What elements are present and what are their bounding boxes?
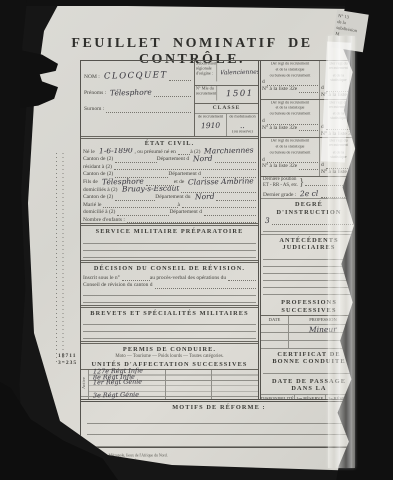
prenoms-line <box>154 91 191 97</box>
block-title: ou bureau de recrutement <box>268 74 313 79</box>
line <box>204 210 256 216</box>
prenoms-value: Télesphore <box>108 88 154 97</box>
departement-label: Département du <box>155 194 192 201</box>
matricule-cell: N° Mle du recrutement 1501 <box>195 86 258 104</box>
line <box>117 210 169 216</box>
departement-label: Département d <box>169 209 204 216</box>
blank-cell <box>261 341 288 349</box>
classe-header: CLASSE <box>195 104 258 114</box>
line <box>182 202 256 208</box>
liste-label: N° à la liste 32e <box>262 163 299 170</box>
nom-row: NOM : CLOCQUET <box>84 65 191 81</box>
blank-line <box>87 440 351 447</box>
matricule-value: 1501 <box>224 89 256 100</box>
identity-boxes: Subdivision régionale d'origine : Valenc… <box>194 61 258 136</box>
subdivision-value: Valenciennes <box>221 69 258 77</box>
blank-line <box>87 417 351 424</box>
block-title: ou bureau de recrutement <box>268 112 313 117</box>
unit-entry: 3e Régt Génie <box>91 392 141 399</box>
unites-table: Active Réserve 127e Régt Infie 8e Régt I… <box>81 369 258 399</box>
scanned-document: FEUILLET NOMINATIF DE CONTRÔLE. NOM : CL… <box>0 0 393 480</box>
conseil-revision-section: DÉCISION DU CONSEIL DE RÉVISION. Inscrit… <box>81 263 258 303</box>
departement-value: Nord <box>191 155 215 163</box>
line <box>122 275 150 281</box>
domicilie-label: domicilié à (2) <box>83 209 117 216</box>
blank-line <box>83 332 256 339</box>
line <box>299 87 318 93</box>
conseil-canton-label: Conseil de révision du canton d <box>83 282 155 289</box>
unit-entry: 1er Régt Génie <box>91 379 144 388</box>
a-label: à (2) <box>190 149 202 156</box>
block-title: Der régt du recrutement <box>268 62 313 67</box>
etat-civil-row: Né le 1-6-1890 , ou présumé né en à (2) … <box>83 148 256 156</box>
block-title: Der régt du recrutement <box>268 139 313 144</box>
service-militaire-section: SERVICE MILITAIRE PRÉPARATOIRE <box>81 226 258 258</box>
nom-label: NOM : <box>84 74 102 81</box>
lieu-value: Marchiennes <box>202 148 256 156</box>
recrutement-subcell: Der régt du recrutement et de la statist… <box>261 61 319 99</box>
brevets-section: BREVETS ET SPÉCIALITÉS MILITAIRES <box>81 308 258 340</box>
etat-civil-row: Nombre d'enfants : <box>83 216 256 224</box>
classe-mobilisation-note: (ou réserve) <box>229 130 255 135</box>
recrutement-subcell: Der régt du recrutement et de la statist… <box>261 100 319 138</box>
blank-line <box>83 318 256 325</box>
form-left-column: NOM : CLOCQUET Prénoms : Télesphore Surn… <box>81 61 258 399</box>
line <box>127 217 256 223</box>
blank-line <box>83 237 256 244</box>
blank-line <box>83 325 256 332</box>
canton-label: Canton de (2) <box>83 156 115 163</box>
etat-civil-section: ÉTAT CIVIL. Né le 1-6-1890 , ou présumé … <box>81 139 258 223</box>
domicile-value: Bruay-s-Escaut <box>119 186 181 194</box>
margin-stamp-1: 18711 <box>58 353 77 360</box>
classe-cell: CLASSE de recrutement 1910 de mobilisati… <box>195 104 258 136</box>
classe-recrutement-value: 1910 <box>199 120 222 129</box>
domicilies-label: domiciliés à (2) <box>83 187 120 194</box>
brace-glyph: } <box>298 177 305 189</box>
prenoms-label: Prénoms : <box>84 90 108 97</box>
block-title: ou bureau de recrutement <box>268 151 313 156</box>
classe-mobilisation-label: de mobilisation <box>229 115 255 120</box>
conseil-header: DÉCISION DU CONSEIL DE RÉVISION. <box>83 263 256 274</box>
permis-section: PERMIS DE CONDUIRE. Moto — Tourisme — Po… <box>81 344 258 359</box>
etat-civil-row: Canton de (2) Département d <box>83 170 256 178</box>
identity-section: NOM : CLOCQUET Prénoms : Télesphore Surn… <box>81 61 258 136</box>
ne-value: 1-6-1890 <box>97 148 135 156</box>
etat-civil-row: Fils de Télesphore et de Clarisse Ambrin… <box>83 178 256 186</box>
line <box>115 195 155 201</box>
classe-mobilisation: de mobilisation .. (ou réserve) <box>226 114 258 136</box>
residant-label: résidant à (2) <box>83 164 114 171</box>
col-date: DATE <box>261 316 288 325</box>
mere-value: Clarisse Ambrine <box>186 178 256 186</box>
motifs-reforme-section: MOTIFS DE RÉFORME : <box>81 399 356 448</box>
departement-label: Département d <box>168 171 203 178</box>
liste-label: N° à la liste 32e <box>262 125 299 132</box>
prenoms-row: Prénoms : Télesphore <box>84 81 191 97</box>
block-title: Der régt du recrutement <box>268 101 313 106</box>
surnom-label: Surnom : <box>84 106 106 113</box>
etat-civil-row: domicilié à (2) Département d <box>83 208 256 216</box>
conseil-row: Conseil de révision du canton d <box>83 281 256 289</box>
blank-line <box>83 289 256 296</box>
dernier-grade-label: Dernier grade : <box>263 192 298 199</box>
etat-civil-row: domiciliés à (2) Bruay-s-Escaut <box>83 186 256 194</box>
unites-section: UNITÉS D'AFFECTATION SUCCESSIVES Active … <box>81 360 258 399</box>
dernier-grade-value: 2e cl <box>298 189 320 198</box>
line <box>299 125 318 131</box>
fils-label: Fils de <box>83 179 100 186</box>
block-title: et de la statistique <box>268 106 313 111</box>
margin-stamps: 18711 3=235 <box>58 353 77 367</box>
proces-verbal-label: au procès-verbal des opérations du <box>150 275 228 282</box>
line <box>114 164 256 170</box>
canton-label: Canton de (2) <box>83 194 115 201</box>
subdivision-label: Subdivision régionale d'origine : <box>195 61 217 81</box>
blank-line <box>83 244 256 251</box>
nom-value: CLOCQUET <box>102 70 170 81</box>
block-title: et de la statistique <box>268 145 313 150</box>
blank-line <box>83 251 256 258</box>
liste-label: N° à la liste 32e <box>262 86 299 93</box>
pere-value: Télesphore <box>100 178 146 186</box>
enfants-label: Nombre d'enfants : <box>83 217 127 224</box>
line <box>228 275 256 281</box>
brevets-header: BREVETS ET SPÉCIALITÉS MILITAIRES <box>83 308 256 319</box>
line <box>299 164 318 170</box>
block-title: et de la statistique <box>268 68 313 73</box>
recrutement-subcell: Der régt du recrutement et de la statist… <box>261 138 319 176</box>
line <box>178 149 190 155</box>
etat-civil-row: Marié le à <box>83 201 256 209</box>
surnom-row: Surnom : <box>84 97 191 113</box>
unites-col-2 <box>165 370 211 399</box>
smp-header: SERVICE MILITAIRE PRÉPARATOIRE <box>83 226 256 237</box>
blank-cell <box>261 325 288 333</box>
classe-recrutement-label: de recrutement <box>197 115 223 120</box>
conseil-row: Inscrit sous le n° au procès-verbal des … <box>83 274 256 282</box>
surnom-line <box>106 107 191 113</box>
margin-stamp-2: 3=235 <box>58 360 77 367</box>
line <box>267 119 318 125</box>
blank-cell <box>261 333 288 341</box>
departement-value: Nord <box>192 193 216 201</box>
blank-line <box>87 428 351 435</box>
unites-side-labels: Active Réserve <box>81 370 89 399</box>
marie-label: Marié le <box>83 202 103 209</box>
etat-civil-row: résidant à (2) <box>83 163 256 171</box>
paper-sheet: FEUILLET NOMINATIF DE CONTRÔLE. NOM : CL… <box>22 3 364 471</box>
line <box>215 157 256 163</box>
canton-label: Canton de (2) <box>83 171 115 178</box>
form-frame: NOM : CLOCQUET Prénoms : Télesphore Surn… <box>80 60 356 448</box>
departement-label: Département d <box>157 156 192 163</box>
presume-label: , ou présumé né en <box>134 149 177 156</box>
active-label: Active <box>81 370 88 396</box>
nom-line <box>169 75 191 81</box>
etde-label: et de <box>174 179 187 186</box>
motifs-header: MOTIFS DE RÉFORME : <box>87 402 351 413</box>
etat-civil-row: Canton de (2) Département du Nord <box>83 193 256 201</box>
blank-line <box>83 296 256 303</box>
line <box>155 283 256 289</box>
permis-header: PERMIS DE CONDUIRE. <box>83 344 256 354</box>
etat-civil-header: ÉTAT CIVIL. <box>83 139 256 148</box>
identity-names: NOM : CLOCQUET Prénoms : Télesphore Surn… <box>81 61 194 136</box>
derniere-position-note: ET - RR - AS, etc. <box>263 183 298 189</box>
degre-value: 3 <box>263 217 272 225</box>
matricule-label: N° Mle du recrutement <box>195 86 217 101</box>
margin-dotted-leaders <box>56 153 68 363</box>
unites-col-3 <box>211 370 258 399</box>
line <box>115 157 156 163</box>
classe-recrutement: de recrutement 1910 <box>195 114 226 136</box>
scan-edge-top <box>0 0 393 6</box>
classe-mobilisation-value: .. <box>238 121 247 130</box>
inscrit-label: Inscrit sous le n° <box>83 275 122 282</box>
subdivision-cell: Subdivision régionale d'origine : Valenc… <box>195 61 258 86</box>
line <box>216 195 256 201</box>
ne-label: Né le <box>83 149 97 156</box>
etat-civil-row: Canton de (2) Département d Nord <box>83 155 256 163</box>
line <box>103 202 177 208</box>
